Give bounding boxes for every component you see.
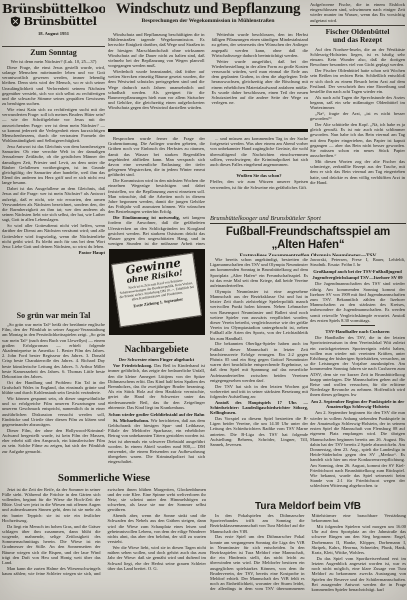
article-sommerliche-wiese: Sommerliche Wiese Jetzt ist die Zeit der…	[2, 471, 206, 598]
body-paragraph: Der TSV hat sich in den letzten Wochen g…	[210, 384, 308, 400]
body-paragraph: Ort der Handlung und Problem: Ein Tal in…	[2, 380, 105, 396]
tura-headline: Tura Meldorf beim VfB	[210, 501, 406, 512]
body-paragraph: Am 2. September beginnen für den TSV die…	[310, 410, 405, 488]
sport-section-title: Brunsbüttelkooger und Brunsbütteler Spor…	[210, 215, 406, 224]
article-fischer-oldenbuettel: Aufgefrorene Fische, die in einem Eisblo…	[310, 2, 405, 213]
jugend-subhead-1: Großkampf auch bei der TSV-Fußballjugend	[310, 269, 405, 274]
body-paragraph: Wie einst Kain sich zu rechtfertigen suc…	[2, 107, 105, 143]
zum-sonntag-headline: Zum Sonntag	[2, 48, 105, 57]
body-paragraph: Als nach acht Tagen die Sprechstunde des…	[310, 95, 405, 111]
body-paragraph: Der Alte schüttelte den Kopf. „Nä, ich h…	[310, 122, 405, 158]
body-paragraph: Wie bereits schon angekündigt, bestreite…	[210, 257, 308, 288]
body-paragraph: Diese Frage, die einst Jesus gestellt wu…	[2, 65, 105, 107]
sommerliche-wiese-body: Jetzt ist die Zeit der Reife, da der Som…	[2, 487, 206, 595]
body-paragraph: Da das Spiel vom Sportkreisverband erst …	[312, 556, 407, 592]
snippet-paragraph: Aufgefrorene Fische, die in einem Eisblo…	[310, 2, 405, 23]
body-paragraph: „So grün war mein Tal“ heißt der berühmt…	[2, 322, 105, 379]
body-paragraph: Windschutz und Bepflanzung beschäftigten…	[108, 32, 205, 68]
lead-subtitle: Besprechungen der Wegekommission in Mühl…	[108, 18, 308, 24]
issue-date: 18. August 1951	[2, 31, 105, 36]
divider-rule	[242, 170, 276, 171]
body-paragraph: Die Jugendmannschaften des TSV sind wied…	[310, 281, 405, 323]
nachbargebiete-subhead-1: Der Schwester einen Finger abgehackt	[108, 357, 205, 362]
article-tura-meldorf: Tura Meldorf beim VfB In den Pokalspiele…	[210, 501, 406, 598]
item-text: Wir berichteten, daß aus dem Geldschrank…	[108, 418, 205, 465]
fischer-headline: Fischer Oldenbüttel und das Rezept	[310, 28, 405, 45]
sommerliche-wiese-headline: Sommerliche Wiese	[2, 472, 206, 484]
body-paragraph: Das Vorspiel zu diesem Spiel bestreiten …	[210, 416, 308, 447]
body-paragraph: Besprochen wurde ferner die Frage der Gr…	[108, 136, 205, 178]
body-paragraph: Olympia Neumünster ist eine angesehene M…	[210, 289, 308, 341]
body-paragraph: Mit diesen Worten zog der alte Fischer d…	[310, 159, 405, 185]
handball-subhead: TSV-Handballer nach Cuxhaven	[310, 329, 405, 334]
divider-rule	[310, 25, 405, 26]
byline: Pastor Haupt	[2, 250, 105, 255]
sport-column-3: Wie bereits schon angekündigt, bestreite…	[210, 257, 308, 500]
masthead-title-line2: Brünsbüttel	[2, 15, 105, 28]
body-paragraph: Da liegt ein Mensch im hohen Gras, und d…	[2, 524, 101, 566]
newspaper-page: Brünsbüttelkoog Brünsbüttel 18. August 1…	[0, 0, 407, 600]
advertisement-ticket: Gewinne ohne Risiko! Noch ist es Zeit zu…	[111, 253, 202, 328]
body-paragraph: Auf den Nordsee-Inseln, die an der Westk…	[310, 47, 405, 68]
nachbargebiete-headline: Nachbargebiete	[108, 345, 205, 355]
bold-lead-text: seit langem fordern die Anwohner, daß di…	[108, 215, 205, 247]
lead-article-body: Windschutz und Bepflanzung beschäftigten…	[108, 32, 308, 127]
city-crest-icon	[10, 16, 21, 27]
article-zum-sonntag: Zum Sonntag Wer ist denn mein Nächster? …	[2, 47, 105, 310]
body-paragraph: Weiter wurde ausgeführt, daß bei der Wie…	[212, 59, 309, 106]
lineup-line: Jaworski, Petersen, Frese I, Bauer, Lehf…	[310, 257, 405, 267]
punktspiele-subhead: Am 2. September Beginn der Punktspiele i…	[310, 399, 405, 409]
body-paragraph: Jesu Antwort ist das Gleichnis von dem b…	[2, 144, 105, 186]
body-paragraph: In den Pokalspielen des Dithmarscher Spo…	[210, 513, 305, 534]
sport-main-subtitle: Erstmaliges Zusammentreffen Olympia Neum…	[210, 253, 406, 257]
masthead-line2-text: Brünsbüttel	[23, 15, 96, 28]
scripture-line: Wer ist denn mein Nächster? (Luk. 10, 25…	[2, 59, 105, 64]
advertisement-box: Gewinne ohne Risiko! Noch ist es Zeit zu…	[109, 249, 205, 335]
film-headline: So grün war mein Tal	[2, 311, 105, 320]
nachbargebiete-subhead-2: Schon wieder großer Gelddiebstahl auf de…	[108, 412, 205, 417]
divider-rule	[341, 325, 375, 326]
item-text: Das Beil in Kinderhand ist immer gefährl…	[108, 363, 205, 410]
sport-section-header: Brunsbüttelkooger und Brunsbütteler Spor…	[210, 215, 406, 256]
lead-article-header: Windschutz und Bepflanzung Besprechungen…	[108, 1, 308, 30]
body-paragraph: St. Michaelisdonn. Wir berichteten, daß …	[108, 418, 205, 465]
body-paragraph: Die bekannten Oberliga-Spieler haben auc…	[210, 341, 308, 383]
article-film-review: So grün war mein Tal „So grün war mein T…	[2, 310, 105, 470]
wussten-sie-text: Pfeffer, den wir zum Würzen unserer Spei…	[210, 179, 308, 189]
body-paragraph: Wer die Wiese liebt, wird sie in diesen …	[108, 545, 207, 571]
tura-body: In den Pokalspielen des Dithmarscher Spo…	[210, 513, 406, 596]
body-paragraph: Wir können gespannt sein, ob dieser unge…	[2, 396, 105, 427]
jugend-subhead-2: Jugendvergleichskampf TSV—Itzehoer SV 09	[310, 275, 405, 280]
body-paragraph: Dieser Film, der ohne den Hollywood-Krim…	[2, 428, 105, 454]
body-paragraph: Die Handballer des TSV, die in der letzt…	[310, 335, 405, 397]
body-paragraph: Dabei ist das Ausgefallene an dem Gleich…	[2, 186, 105, 222]
body-paragraph: Der Fischer Oldenbüttel hatte schon seit…	[310, 68, 405, 94]
body-paragraph: Vor Friedrichskoog. Das Beil in Kinderha…	[108, 363, 205, 410]
fischer-headline-line2: und das Rezept	[310, 36, 405, 45]
body-paragraph: So wird aller Gottesdienst nicht viel he…	[2, 223, 105, 249]
sport-main-headline: Fußball-Freundschaftsspiel am „Alten Haf…	[210, 226, 406, 251]
body-paragraph: Abends aber, wenn die Sonne sinkt und di…	[108, 513, 207, 544]
body-paragraph: Mit folgenden Spielern wird morgen um 16…	[312, 524, 407, 555]
wussten-sie-headline: Wußten Sie das schon?	[210, 173, 308, 178]
body-paragraph: ... und müssen am kommenden Tag in der S…	[210, 136, 308, 167]
lead-headline: Windschutz und Bepflanzung	[108, 1, 308, 17]
sport-column-4: Jaworski, Petersen, Frese I, Bauer, Lehf…	[310, 257, 405, 500]
anstoss-line: Anstoß des Hauptspiels 17 Uhr. — Schieds…	[210, 400, 308, 416]
body-paragraph: Die Kommission wird in den nächsten Woch…	[108, 178, 205, 214]
body-paragraph: Jetzt ist die Zeit der Reife, da der Som…	[2, 487, 101, 523]
column3-middle: ... und müssen am kommenden Tag in der S…	[210, 136, 308, 215]
body-paragraph: Weiterhin wurde beschlossen, den im Herb…	[212, 32, 309, 58]
lead-article-continuation: Besprochen wurde ferner die Frage der Gr…	[108, 136, 205, 247]
divider-rule	[140, 342, 174, 343]
body-paragraph: „Na“, fragte der Arzt, „ist es nicht bes…	[310, 111, 405, 121]
article-nachbargebiete: Nachbargebiete Der Schwester einen Finge…	[108, 339, 205, 470]
body-paragraph: Wiederholt wurde beanstandet, daß früher…	[108, 69, 205, 111]
thick-divider-rule	[108, 129, 308, 132]
masthead: Brünsbüttelkoog Brünsbüttel 18. August 1…	[2, 2, 105, 47]
body-paragraph-bold-lead: Die Eindämmung ist notwendig, seit lange…	[108, 215, 205, 247]
